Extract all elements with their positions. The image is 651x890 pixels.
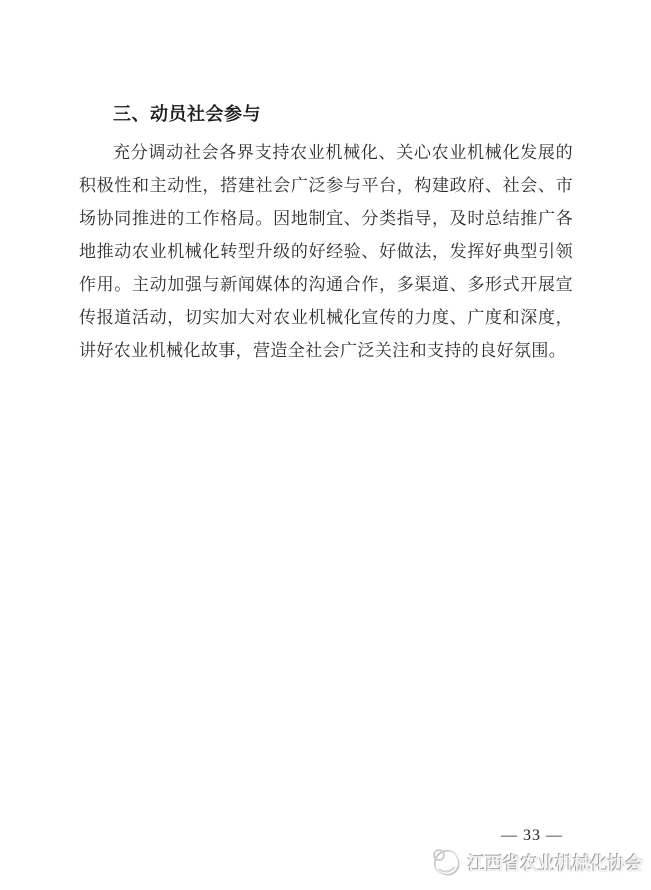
watermark: 江西省农业机械化协会 (430, 847, 643, 879)
section-heading: 三、动员社会参与 (113, 100, 261, 126)
body-paragraph: 充分调动社会各界支持农业机械化、关心农业机械化发展的积极性和主动性，搭建社会广泛… (79, 136, 573, 367)
document-page: 三、动员社会参与 充分调动社会各界支持农业机械化、关心农业机械化发展的积极性和主… (0, 0, 651, 890)
watermark-text: 江西省农业机械化协会 (468, 850, 643, 876)
association-logo-icon (430, 847, 463, 879)
page-number: — 33 — (472, 827, 592, 845)
